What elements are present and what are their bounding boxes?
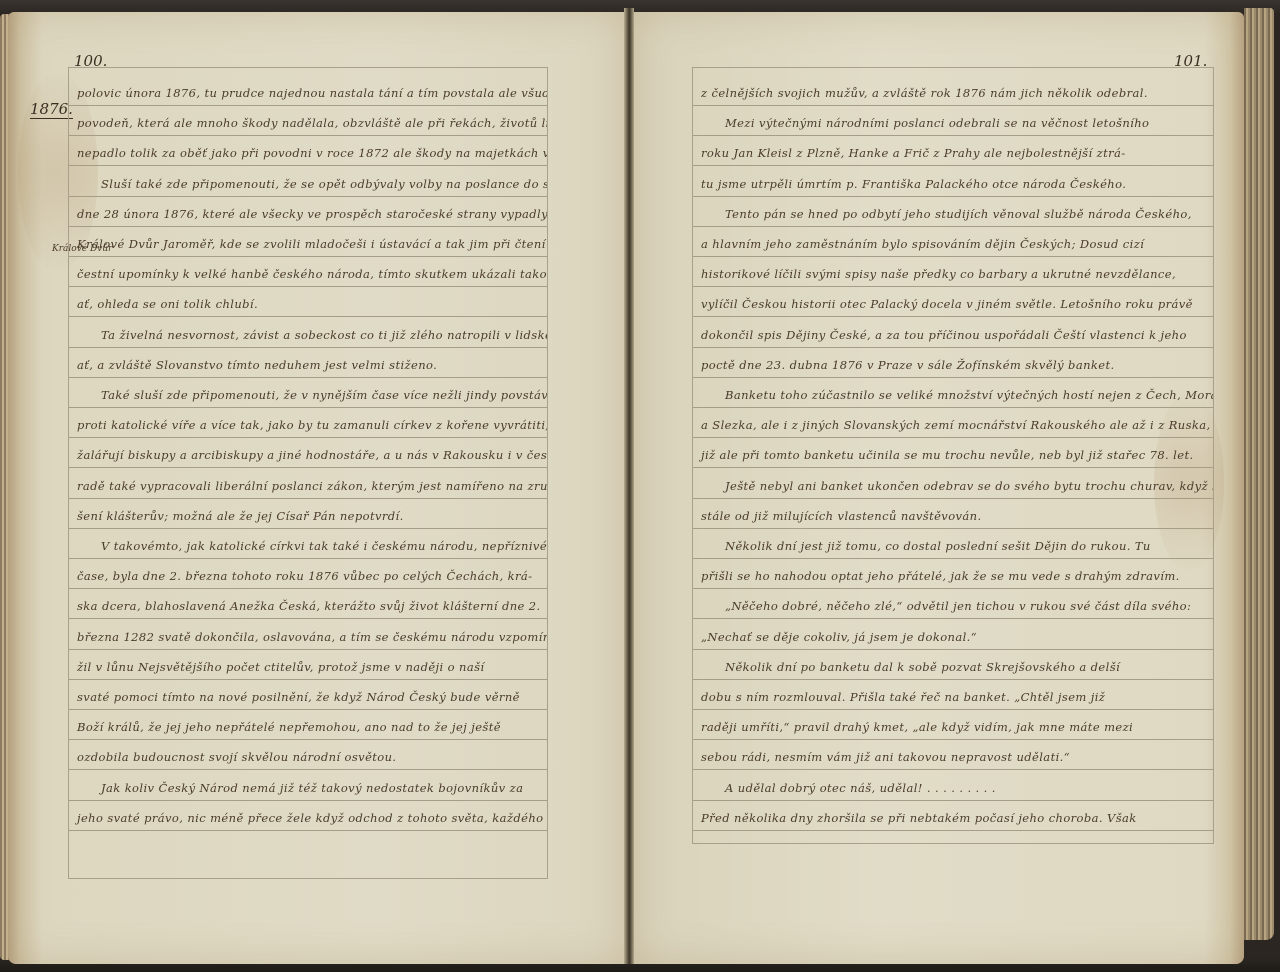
manuscript-line: svaté pomoci tímto na nové posilnění, že…	[69, 680, 547, 710]
manuscript-line: stále od již milujících vlastenců navště…	[693, 499, 1213, 529]
manuscript-line: již ale při tomto banketu učinila se mu …	[693, 438, 1213, 468]
book-spine	[624, 8, 634, 964]
manuscript-line: šení klášterův; možná ale že jej Císař P…	[69, 499, 547, 529]
manuscript-line: radě také vypracovali liberální poslanci…	[69, 469, 547, 499]
manuscript-line: Před několika dny zhoršila se při nebtak…	[693, 801, 1213, 831]
manuscript-line: ať, a zvláště Slovanstvo tímto neduhem j…	[69, 348, 547, 378]
ruled-text-frame: z čelnějších svojich mužův, a zvláště ro…	[692, 67, 1214, 844]
manuscript-line: Tento pán se hned po odbytí jeho studijí…	[693, 197, 1213, 227]
manuscript-line: čestní upomínky k velké hanbě českého ná…	[69, 257, 547, 287]
manuscript-line: března 1282 svatě dokončila, oslavována,…	[69, 620, 547, 650]
margin-year: 1876.	[30, 100, 73, 119]
manuscript-line: ať, ohleda se oni tolik chlubí.	[69, 287, 547, 317]
manuscript-line: ozdobila budoucnost svojí skvělou národn…	[69, 740, 547, 770]
page-stack-right	[1244, 8, 1274, 940]
manuscript-line: z čelnějších svojich mužův, a zvláště ro…	[693, 76, 1213, 106]
right-page: 101. z čelnějších svojich mužův, a zvláš…	[634, 12, 1244, 964]
manuscript-line: žil v lůnu Nejsvětějšího počet ctitelův,…	[69, 650, 547, 680]
manuscript-line: V takovémto, jak katolické církvi tak ta…	[69, 529, 547, 559]
manuscript-line: A udělal dobrý otec náš, udělal! . . . .…	[693, 771, 1213, 801]
manuscript-line: roku Jan Kleisl z Plzně, Hanke a Frič z …	[693, 136, 1213, 166]
manuscript-line: dobu s ním rozmlouval. Přišla také řeč n…	[693, 680, 1213, 710]
manuscript-line: Mezi výtečnými národními poslanci odebra…	[693, 106, 1213, 136]
manuscript-line: Také sluší zde připomenouti, že v nynějš…	[69, 378, 547, 408]
manuscript-line: poctě dne 23. dubna 1876 v Praze v sále …	[693, 348, 1213, 378]
manuscript-line: a Slezka, ale i z jiných Slovanských zem…	[693, 408, 1213, 438]
manuscript-line: vylíčil Českou historii otec Palacký doc…	[693, 287, 1213, 317]
manuscript-line: polovic února 1876, tu prudce najednou n…	[69, 76, 547, 106]
manuscript-line: tu jsme utrpěli úmrtím p. Františka Pala…	[693, 167, 1213, 197]
manuscript-line: čase, byla dne 2. března tohoto roku 187…	[69, 559, 547, 589]
manuscript-line: Několik dní po banketu dal k sobě pozvat…	[693, 650, 1213, 680]
manuscript-line: raději umříti,“ pravil drahý kmet, „ale …	[693, 710, 1213, 740]
manuscript-line: dne 28 února 1876, které ale všecky ve p…	[69, 197, 547, 227]
manuscript-line: jeho svaté právo, nic méně přece žele kd…	[69, 801, 547, 831]
manuscript-line: žalářují biskupy a arcibiskupy a jiné ho…	[69, 438, 547, 468]
manuscript-line: Jak koliv Český Národ nemá již též takov…	[69, 771, 547, 801]
manuscript-line: Králové Dvůr Jaroměř, kde se zvolili mla…	[69, 227, 547, 257]
manuscript-line: Ještě nebyl ani banket ukončen odebrav s…	[693, 469, 1213, 499]
ruled-text-frame: polovic února 1876, tu prudce najednou n…	[68, 67, 548, 879]
manuscript-line: povodeň, která ale mnoho škody nadělala,…	[69, 106, 547, 136]
manuscript-line: přišli se ho nahodou optat jeho přátelé,…	[693, 559, 1213, 589]
manuscript-line: „Nechať se děje cokoliv, já jsem je doko…	[693, 620, 1213, 650]
manuscript-line: Sluší také zde připomenouti, že se opět …	[69, 167, 547, 197]
manuscript-line: Několik dní jest již tomu, co dostal pos…	[693, 529, 1213, 559]
book-spread: 100. 1876. Králové Dvůr polovic února 18…	[0, 0, 1280, 972]
manuscript-line: Banketu toho zúčastnilo se veliké množst…	[693, 378, 1213, 408]
manuscript-line: a hlavním jeho zaměstnáním bylo spisován…	[693, 227, 1213, 257]
manuscript-line: historikové líčili svými spisy naše před…	[693, 257, 1213, 287]
manuscript-line: sebou rádi, nesmím vám již ani takovou n…	[693, 740, 1213, 770]
manuscript-line: nepadlo tolik za oběť jako při povodni v…	[69, 136, 547, 166]
manuscript-line: „Něčeho dobré, něčeho zlé,“ odvětil jen …	[693, 589, 1213, 619]
manuscript-line: Ta živelná nesvornost, závist a sobeckos…	[69, 318, 547, 348]
left-page: 100. 1876. Králové Dvůr polovic února 18…	[8, 12, 624, 964]
manuscript-line: dokončil spis Dějiny České, a za tou pří…	[693, 318, 1213, 348]
manuscript-line: ska dcera, blahoslavená Anežka Česká, kt…	[69, 589, 547, 619]
manuscript-line: Boží králů, že jej jeho nepřátelé nepřem…	[69, 710, 547, 740]
manuscript-line: proti katolické víře a více tak, jako by…	[69, 408, 547, 438]
